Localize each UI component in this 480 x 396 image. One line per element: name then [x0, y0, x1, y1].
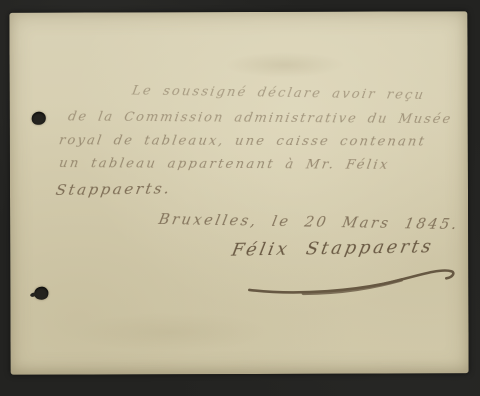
handwritten-line: royal de tableaux, une caisse contenant — [58, 133, 427, 149]
paper-stain — [70, 312, 270, 353]
document-paper: Le soussigné déclare avoir reçu de la Co… — [9, 11, 468, 375]
handwritten-line: un tableau appartenant à Mr. Félix — [58, 156, 391, 173]
handwritten-line: Le soussigné déclare avoir reçu — [131, 84, 426, 104]
flourish-stroke-thick — [303, 280, 401, 293]
signature-flourish — [243, 262, 457, 297]
punch-hole-bottom — [34, 286, 50, 301]
punch-hole-top — [32, 112, 46, 125]
signature: Félix Stappaerts — [230, 237, 436, 261]
scan-backdrop: Le soussigné déclare avoir reçu de la Co… — [0, 0, 480, 396]
handwritten-line: de la Commission administrative du Musée — [67, 110, 454, 128]
letter-dateline: Bruxelles, le 20 Mars 1845. — [157, 212, 460, 233]
paper-stain — [225, 52, 345, 78]
handwritten-line: Stappaerts. — [54, 180, 173, 200]
